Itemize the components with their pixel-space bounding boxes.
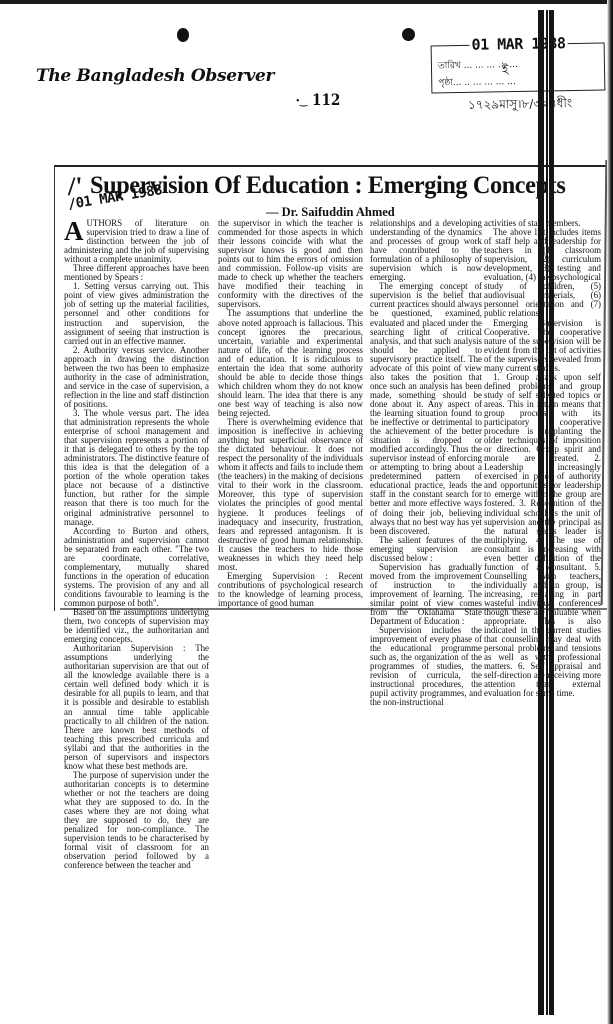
article-column-3: relationships and a developing understan… — [370, 219, 482, 708]
handwritten-reference-note: ১৭২৯মাসু।৮/৩২৪ধীং — [468, 95, 572, 117]
paragraph: There is overwhelming evidence that impo… — [218, 418, 363, 572]
page-marker: •‿ — [296, 96, 308, 107]
paragraph: According to Burton and others, administ… — [64, 527, 209, 608]
paragraph: Supervision includes the improvement of … — [370, 626, 482, 707]
paragraph: Three different approaches have been men… — [64, 264, 209, 282]
punch-hole — [402, 28, 415, 41]
paragraph: 2. Authority versus service. Another app… — [64, 346, 209, 409]
archive-date-stamp: 01 MAR 1988 তারিখ ... ... ... ... ... ই … — [431, 42, 606, 93]
scan-top-edge — [0, 0, 613, 4]
paragraph: Emerging Supervision : Recent contributi… — [218, 572, 363, 608]
scan-right-edge — [607, 0, 613, 1024]
newspaper-masthead: The Bangladesh Observer — [36, 66, 274, 86]
paragraph: AUTHORS of literature on supervision tri… — [64, 219, 209, 264]
paragraph: Supervision has gradually moved from the… — [370, 563, 482, 626]
paragraph: The salient features of the emerging sup… — [370, 536, 482, 563]
punch-hole — [177, 28, 189, 42]
page-number: 112 — [312, 90, 340, 109]
drop-cap: A — [64, 220, 84, 242]
binding-shadow — [538, 10, 554, 1015]
paragraph: 1. Setting versus carrying out. This poi… — [64, 282, 209, 345]
paragraph: the supervisor in which the teacher is c… — [218, 219, 363, 309]
paragraph: 3. The whole versus part. The idea that … — [64, 409, 209, 527]
stamp-page-label: পৃষ্ঠা... .. ... ... ... ... — [438, 74, 516, 90]
paragraph: The emerging concept of supervision is t… — [370, 282, 482, 535]
paragraph: relationships and a developing understan… — [370, 219, 482, 282]
paragraph: The assumptions that underline the above… — [218, 309, 363, 418]
paragraph: Authoritarian Supervision : The assumpti… — [64, 644, 209, 771]
article-column-2: the supervisor in which the teacher is c… — [218, 219, 363, 608]
paragraph: Based on the assumptions underlying them… — [64, 608, 209, 644]
paragraph: The purpose of supervision under the aut… — [64, 771, 209, 871]
article-column-1: AUTHORS of literature on supervision tri… — [64, 219, 209, 870]
